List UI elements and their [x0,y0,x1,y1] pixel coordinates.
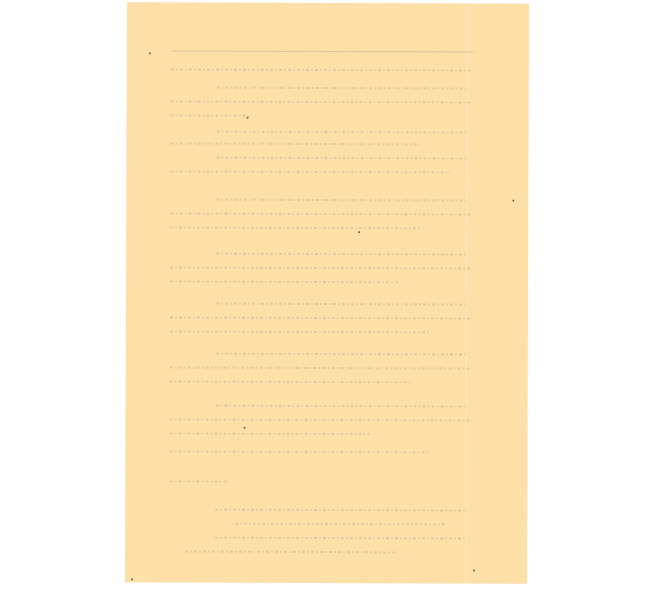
faded-text-line [171,100,471,103]
speck [244,427,246,429]
faded-text-line [170,266,470,269]
faded-text-line [216,405,466,408]
faded-text-line [216,157,466,160]
faded-text-line [170,330,430,333]
faded-text-line [171,114,251,116]
speck [149,52,151,54]
speck [473,570,475,572]
faded-text-line [170,226,420,229]
faded-text-line [170,380,410,383]
scanned-page [125,2,529,583]
faded-text-line [169,450,429,453]
faded-text-line [216,199,466,202]
faded-text-line [235,523,445,526]
faded-text-line [217,131,467,134]
faded-text-line [170,432,370,435]
speck [247,117,249,119]
faded-text-line [171,142,421,145]
faded-text-line [170,316,470,319]
header-rule [171,50,475,52]
faded-text-line [216,303,466,306]
speck [131,578,133,580]
faded-text-body [127,2,529,3]
faded-text-line [170,280,400,283]
page-fold [465,3,468,583]
faded-text-line [215,509,465,512]
speck [512,200,514,202]
speck [358,231,360,233]
faded-text-line [170,212,470,215]
faded-text-line [170,366,470,369]
faded-text-line [217,87,467,90]
faded-text-line [171,68,471,71]
faded-text-line [215,537,465,540]
faded-text-line [185,551,395,554]
faded-text-line [216,253,466,256]
faded-text-line [170,418,470,421]
faded-text-line [170,170,450,173]
faded-text-line [169,480,229,482]
faded-text-line [216,353,466,356]
